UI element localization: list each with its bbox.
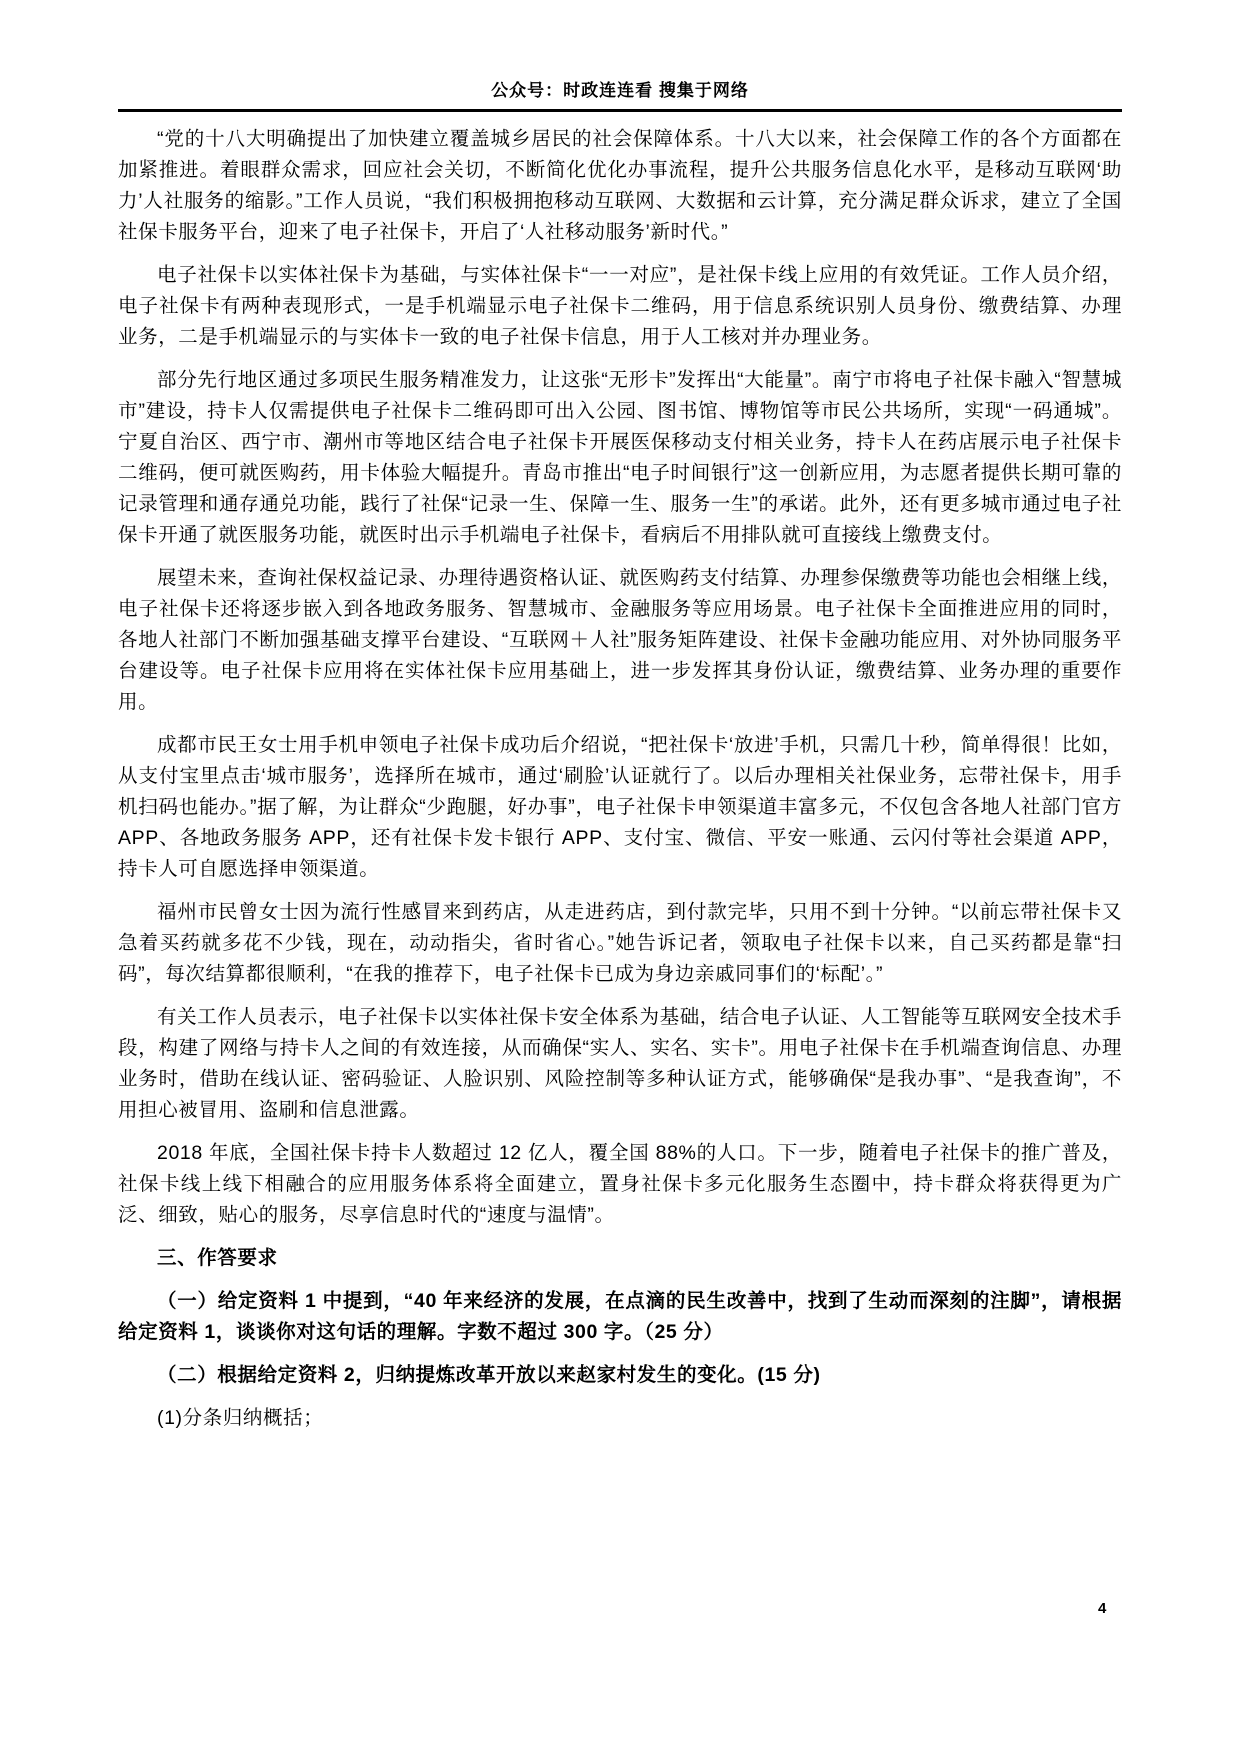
page-number: 4 (1098, 1600, 1106, 1617)
paragraph: 电子社保卡以实体社保卡为基础，与实体社保卡“一一对应”，是社保卡线上应用的有效凭… (118, 260, 1122, 353)
paragraph: 部分先行地区通过多项民生服务精准发力，让这张“无形卡”发挥出“大能量”。南宁市将… (118, 365, 1122, 551)
section-heading: 三、作答要求 (118, 1243, 1122, 1274)
paragraph: 福州市民曾女士因为流行性感冒来到药店，从走进药店，到付款完毕，只用不到十分钟。“… (118, 897, 1122, 990)
question-subitem: (1)分条归纳概括； (118, 1403, 1122, 1434)
paragraph: 有关工作人员表示，电子社保卡以实体社保卡安全体系为基础，结合电子认证、人工智能等… (118, 1002, 1122, 1126)
paragraph: 成都市民王女士用手机申领电子社保卡成功后介绍说，“把社保卡‘放进’手机，只需几十… (118, 730, 1122, 885)
page-header: 公众号：时政连连看 搜集于网络 (118, 0, 1122, 112)
question-item-2: （二）根据给定资料 2，归纳提炼改革开放以来赵家村发生的变化。(15 分) (118, 1360, 1122, 1391)
question-item-1: （一）给定资料 1 中提到，“40 年来经济的发展，在点滴的民生改善中，找到了生… (118, 1286, 1122, 1348)
paragraph: 2018 年底，全国社保卡持卡人数超过 12 亿人，覆全国 88%的人口。下一步… (118, 1138, 1122, 1231)
paragraph: 展望未来，查询社保权益记录、办理待遇资格认证、就医购药支付结算、办理参保缴费等功… (118, 563, 1122, 718)
paragraph: “党的十八大明确提出了加快建立覆盖城乡居民的社会保障体系。十八大以来，社会保障工… (118, 124, 1122, 248)
document-body: “党的十八大明确提出了加快建立覆盖城乡居民的社会保障体系。十八大以来，社会保障工… (118, 124, 1122, 1434)
document-page: 公众号：时政连连看 搜集于网络 “党的十八大明确提出了加快建立覆盖城乡居民的社会… (0, 0, 1240, 1754)
header-title: 公众号：时政连连看 搜集于网络 (118, 76, 1122, 101)
